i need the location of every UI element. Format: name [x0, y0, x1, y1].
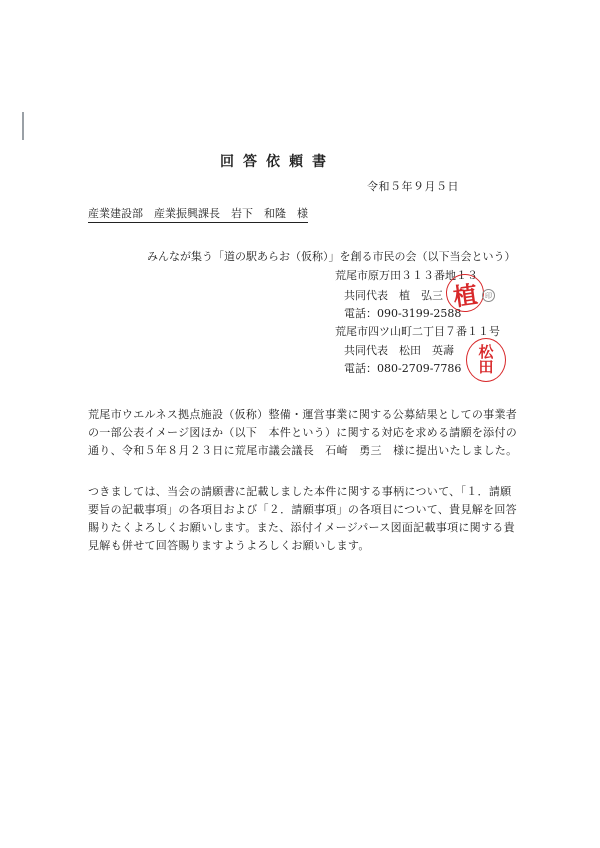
seal-stamp-matsuda: 松 田 — [466, 338, 506, 382]
body-paragraph-1: 荒尾市ウエルネス拠点施設（仮称）整備・運営事業に関する公募結果としての事業者の一… — [88, 406, 518, 460]
addressee: 産業建設部 産業振興課長 岩下 和隆 様 — [88, 205, 308, 223]
document-date: 令和５年９月５日 — [367, 178, 459, 194]
seal-mark-icon: 印 — [482, 289, 495, 302]
rep2-name: 共同代表 松田 英壽 — [344, 342, 454, 358]
body-paragraph-2: つきましては、当会の請願書に記載しました本件に関する事柄について、「１．請願要旨… — [88, 483, 518, 555]
rep1-phone: 電話：090-3199-2588 — [344, 305, 461, 321]
rep2-phone: 電話：080-2709-7786 — [344, 360, 461, 376]
seal-stamp-ue-char: 植 — [451, 274, 480, 312]
sender-organization: みんなが集う「道の駅あらお（仮称）」を創る市民の会（以下当会という） — [147, 248, 516, 264]
document-page: 回答依頼書 令和５年９月５日 産業建設部 産業振興課長 岩下 和隆 様 みんなが… — [0, 0, 600, 848]
document-title: 回答依頼書 — [220, 151, 335, 171]
rep2-address: 荒尾市四ツ山町二丁目７番１１号 — [335, 323, 500, 339]
margin-mark — [22, 112, 24, 140]
seal-stamp-matsuda-bottom: 田 — [478, 360, 493, 375]
rep1-name: 共同代表 植 弘三 — [344, 287, 443, 303]
